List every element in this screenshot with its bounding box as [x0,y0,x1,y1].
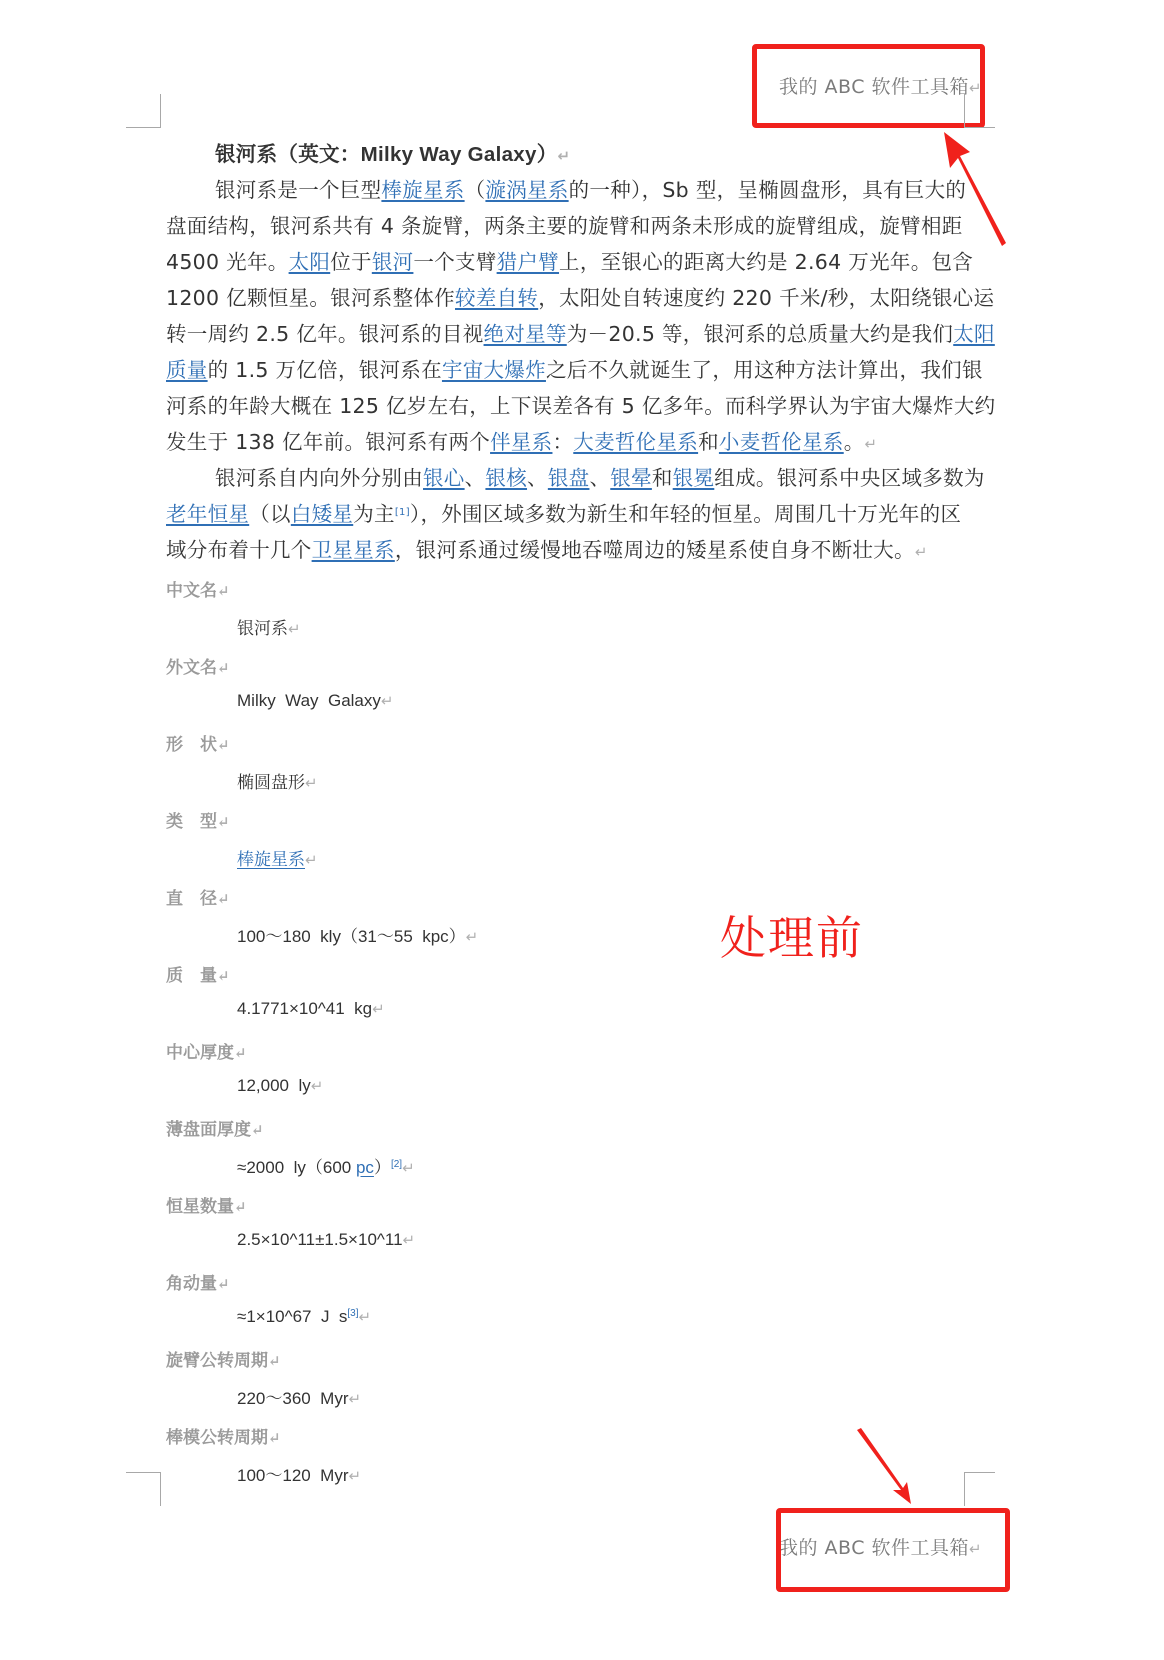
paragraph-1-line-5: 转一周约 2.5 亿年。银河系的目视绝对星等为－20.5 等，银河系的总质量大约… [166,317,995,347]
link-big-bang[interactable]: 宇宙大爆炸 [442,358,546,382]
infobox-label: 恒星数量↵ [166,1192,247,1217]
link-barred-spiral[interactable]: 棒旋星系 [381,178,464,202]
paragraph-1-line-1: 银河系是一个巨型棒旋星系（漩涡星系的一种），Sb 型，呈椭圆盘形，具有巨大的 [215,173,966,203]
crop-mark-bottom-right [964,1472,995,1506]
paragraph-1-line-6: 质量的 1.5 万亿倍，银河系在宇宙大爆炸之后不久就诞生了，用这种方法计算出，我… [166,353,983,383]
infobox-value: 220～360 Myr↵ [237,1384,361,1409]
infobox-value: 12,000 ly↵ [237,1076,323,1096]
crop-mark-top-right [964,94,995,128]
infobox-value: 2.5×10^11±1.5×10^11↵ [237,1230,415,1250]
infobox-value: 100～180 kly（31～55 kpc）↵ [237,922,478,947]
paragraph-1-line-7: 河系的年龄大概在 125 亿岁左右，上下误差各有 5 亿多年。而科学界认为宇宙大… [166,389,995,419]
infobox-label: 类 型↵ [166,807,230,832]
link-parsec[interactable]: pc [356,1158,374,1177]
paragraph-2-line-3: 域分布着十几个卫星星系，银河系通过缓慢地吞噬周边的矮星系使自身不断壮大。↵ [166,533,928,563]
link-solar-mass-1[interactable]: 太阳 [953,322,995,346]
link-old-stars[interactable]: 老年恒星 [166,502,249,526]
infobox-value: Milky Way Galaxy↵ [237,691,393,711]
infobox-label: 外文名↵ [166,653,230,678]
infobox-label: 中心厚度↵ [166,1038,247,1063]
infobox-label: 形 状↵ [166,730,230,755]
paragraph-1-line-3: 4500 光年。太阳位于银河一个支臂猎户臂上，至银心的距离大约是 2.64 万光… [166,245,973,275]
link-galactic-corona[interactable]: 银冕 [673,466,715,490]
link-white-dwarf[interactable]: 白矮星 [291,502,353,526]
paragraph-1-line-4: 1200 亿颗恒星。银河系整体作较差自转，太阳处自转速度约 220 千米/秒，太… [166,281,994,311]
paragraph-2-line-2: 老年恒星（以白矮星为主[1]），外围区域多数为新生和年轻的恒星。周围几十万光年的… [166,497,961,527]
arrow-down-icon [855,1428,915,1506]
paragraph-1-line-8: 发生于 138 亿年前。银河系有两个伴星系：大麦哲伦星系和小麦哲伦星系。↵ [166,425,877,455]
infobox-label: 旋臂公转周期↵ [166,1346,281,1371]
link-spiral-galaxy[interactable]: 漩涡星系 [485,178,568,202]
link-galactic-halo[interactable]: 银晕 [610,466,652,490]
crop-mark-bottom-left [126,1472,161,1506]
link-galactic-nucleus[interactable]: 银核 [485,466,527,490]
infobox-label: 质 量↵ [166,961,230,986]
link-type-barred-spiral[interactable]: 棒旋星系 [237,850,305,870]
link-satellite-galaxies[interactable]: 伴星系 [490,430,552,454]
document-title: 银河系（英文：Milky Way Galaxy）↵ [215,137,570,167]
infobox-label: 角动量↵ [166,1269,230,1294]
link-sun[interactable]: 太阳 [289,250,331,274]
paragraph-1-line-2: 盘面结构，银河系共有 4 条旋臂，两条主要的旋臂和两条未形成的旋臂组成，旋臂相距 [166,209,963,239]
link-milky-way[interactable]: 银河 [372,250,414,274]
infobox-value: ≈2000 ly（600 pc）[2]↵ [237,1153,415,1178]
link-galactic-center[interactable]: 银心 [423,466,465,490]
reference-1[interactable]: [1] [395,507,410,518]
infobox-value: 棒旋星系↵ [237,845,318,870]
infobox-value: 椭圆盘形↵ [237,768,318,793]
reference-2[interactable]: [2] [391,1159,402,1170]
footer-highlight-box [776,1508,1010,1592]
infobox-value: 4.1771×10^41 kg↵ [237,999,385,1019]
link-orion-arm[interactable]: 猎户臂 [497,250,559,274]
infobox-label: 棒模公转周期↵ [166,1423,281,1448]
link-satellite-galaxy[interactable]: 卫星星系 [312,538,395,562]
infobox-value: ≈1×10^67 J s[3]↵ [237,1307,371,1327]
before-processing-label: 处理前 [720,902,864,968]
header-highlight-box [752,44,985,128]
paragraph-2-line-1: 银河系自内向外分别由银心、银核、银盘、银晕和银冕组成。银河系中央区域多数为 [215,461,985,491]
infobox-label: 薄盘面厚度↵ [166,1115,264,1140]
link-absolute-magnitude[interactable]: 绝对星等 [484,322,567,346]
link-galactic-disk[interactable]: 银盘 [548,466,590,490]
infobox-value: 100～120 Myr↵ [237,1461,361,1486]
link-lmc[interactable]: 大麦哲伦星系 [573,430,698,454]
link-solar-mass-2[interactable]: 质量 [166,358,208,382]
infobox-value: 银河系↵ [237,614,301,639]
link-differential-rotation[interactable]: 较差自转 [455,286,538,310]
reference-3[interactable]: [3] [347,1308,358,1319]
infobox-label: 中文名↵ [166,576,230,601]
link-smc[interactable]: 小麦哲伦星系 [719,430,844,454]
crop-mark-top-left [126,94,161,128]
infobox-label: 直 径↵ [166,884,230,909]
